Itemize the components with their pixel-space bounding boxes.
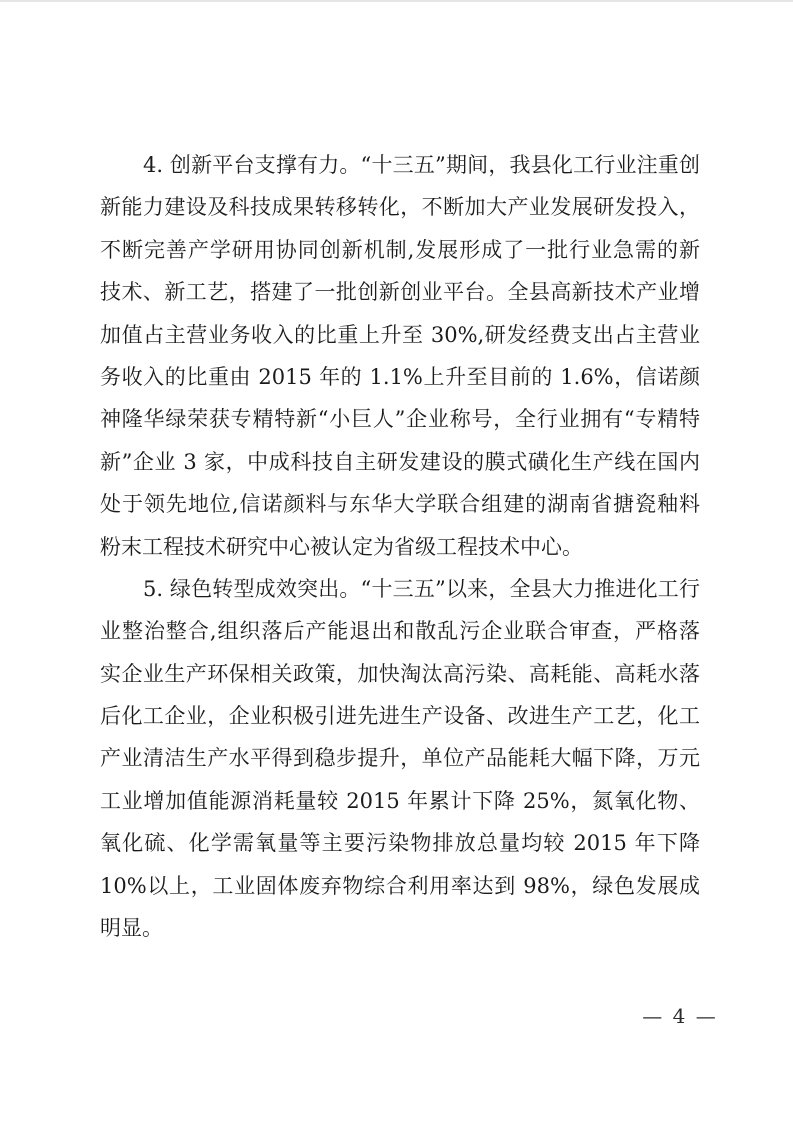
text-line: 10%以上，工业固体废弃物综合利用率达到 98%，绿色发展成效 bbox=[100, 865, 700, 907]
text-line: 工业增加值能源消耗量较 2015 年累计下降 25%，氮氧化物、二 bbox=[100, 780, 700, 822]
paragraph-4: 4. 创新平台支撑有力。“十三五”期间，我县化工行业注重创 新能力建设及科技成果… bbox=[100, 144, 700, 568]
text-line: 务收入的比重由 2015 年的 1.1%上升至目前的 1.6%，信诺颜料、 bbox=[100, 356, 700, 398]
text-line: 神隆华绿荣获专精特新“小巨人”企业称号，全行业拥有“专精特 bbox=[100, 398, 700, 440]
text-line: 4. 创新平台支撑有力。“十三五”期间，我县化工行业注重创 bbox=[100, 144, 700, 186]
text-line: 技术、新工艺，搭建了一批创新创业平台。全县高新技术产业增 bbox=[100, 271, 700, 313]
text-line: 新能力建设及科技成果转移转化，不断加大产业发展研发投入， bbox=[100, 186, 700, 228]
text-line: 处于领先地位,信诺颜料与东华大学联合组建的湖南省搪瓷釉料 bbox=[100, 483, 700, 525]
document-body: 4. 创新平台支撑有力。“十三五”期间，我县化工行业注重创 新能力建设及科技成果… bbox=[100, 144, 700, 949]
text-line: 后化工企业，企业积极引进先进生产设备、改进生产工艺，化工 bbox=[100, 695, 700, 737]
text-line: 业整治整合,组织落后产能退出和散乱污企业联合审查，严格落 bbox=[100, 610, 700, 652]
text-line: 不断完善产学研用协同创新机制,发展形成了一批行业急需的新 bbox=[100, 229, 700, 271]
text-line: 新”企业 3 家，中成科技自主研发建设的膜式磺化生产线在国内 bbox=[100, 441, 700, 483]
text-line: 加值占主营业务收入的比重上升至 30%,研发经费支出占主营业 bbox=[100, 314, 700, 356]
scan-edge-artifact bbox=[0, 0, 793, 2]
paragraph-5: 5. 绿色转型成效突出。“十三五”以来，全县大力推进化工行 业整治整合,组织落后… bbox=[100, 568, 700, 950]
page-number: — 4 — bbox=[630, 1004, 730, 1028]
text-line: 5. 绿色转型成效突出。“十三五”以来，全县大力推进化工行 bbox=[100, 568, 700, 610]
document-page: 4. 创新平台支撑有力。“十三五”期间，我县化工行业注重创 新能力建设及科技成果… bbox=[0, 0, 793, 1122]
text-line: 明显。 bbox=[100, 907, 700, 949]
text-line: 氧化硫、化学需氧量等主要污染物排放总量均较 2015 年下降 bbox=[100, 822, 700, 864]
text-line: 实企业生产环保相关政策，加快淘汰高污染、高耗能、高耗水落 bbox=[100, 653, 700, 695]
text-line: 产业清洁生产水平得到稳步提升，单位产品能耗大幅下降，万元 bbox=[100, 737, 700, 779]
text-line: 粉末工程技术研究中心被认定为省级工程技术中心。 bbox=[100, 526, 700, 568]
